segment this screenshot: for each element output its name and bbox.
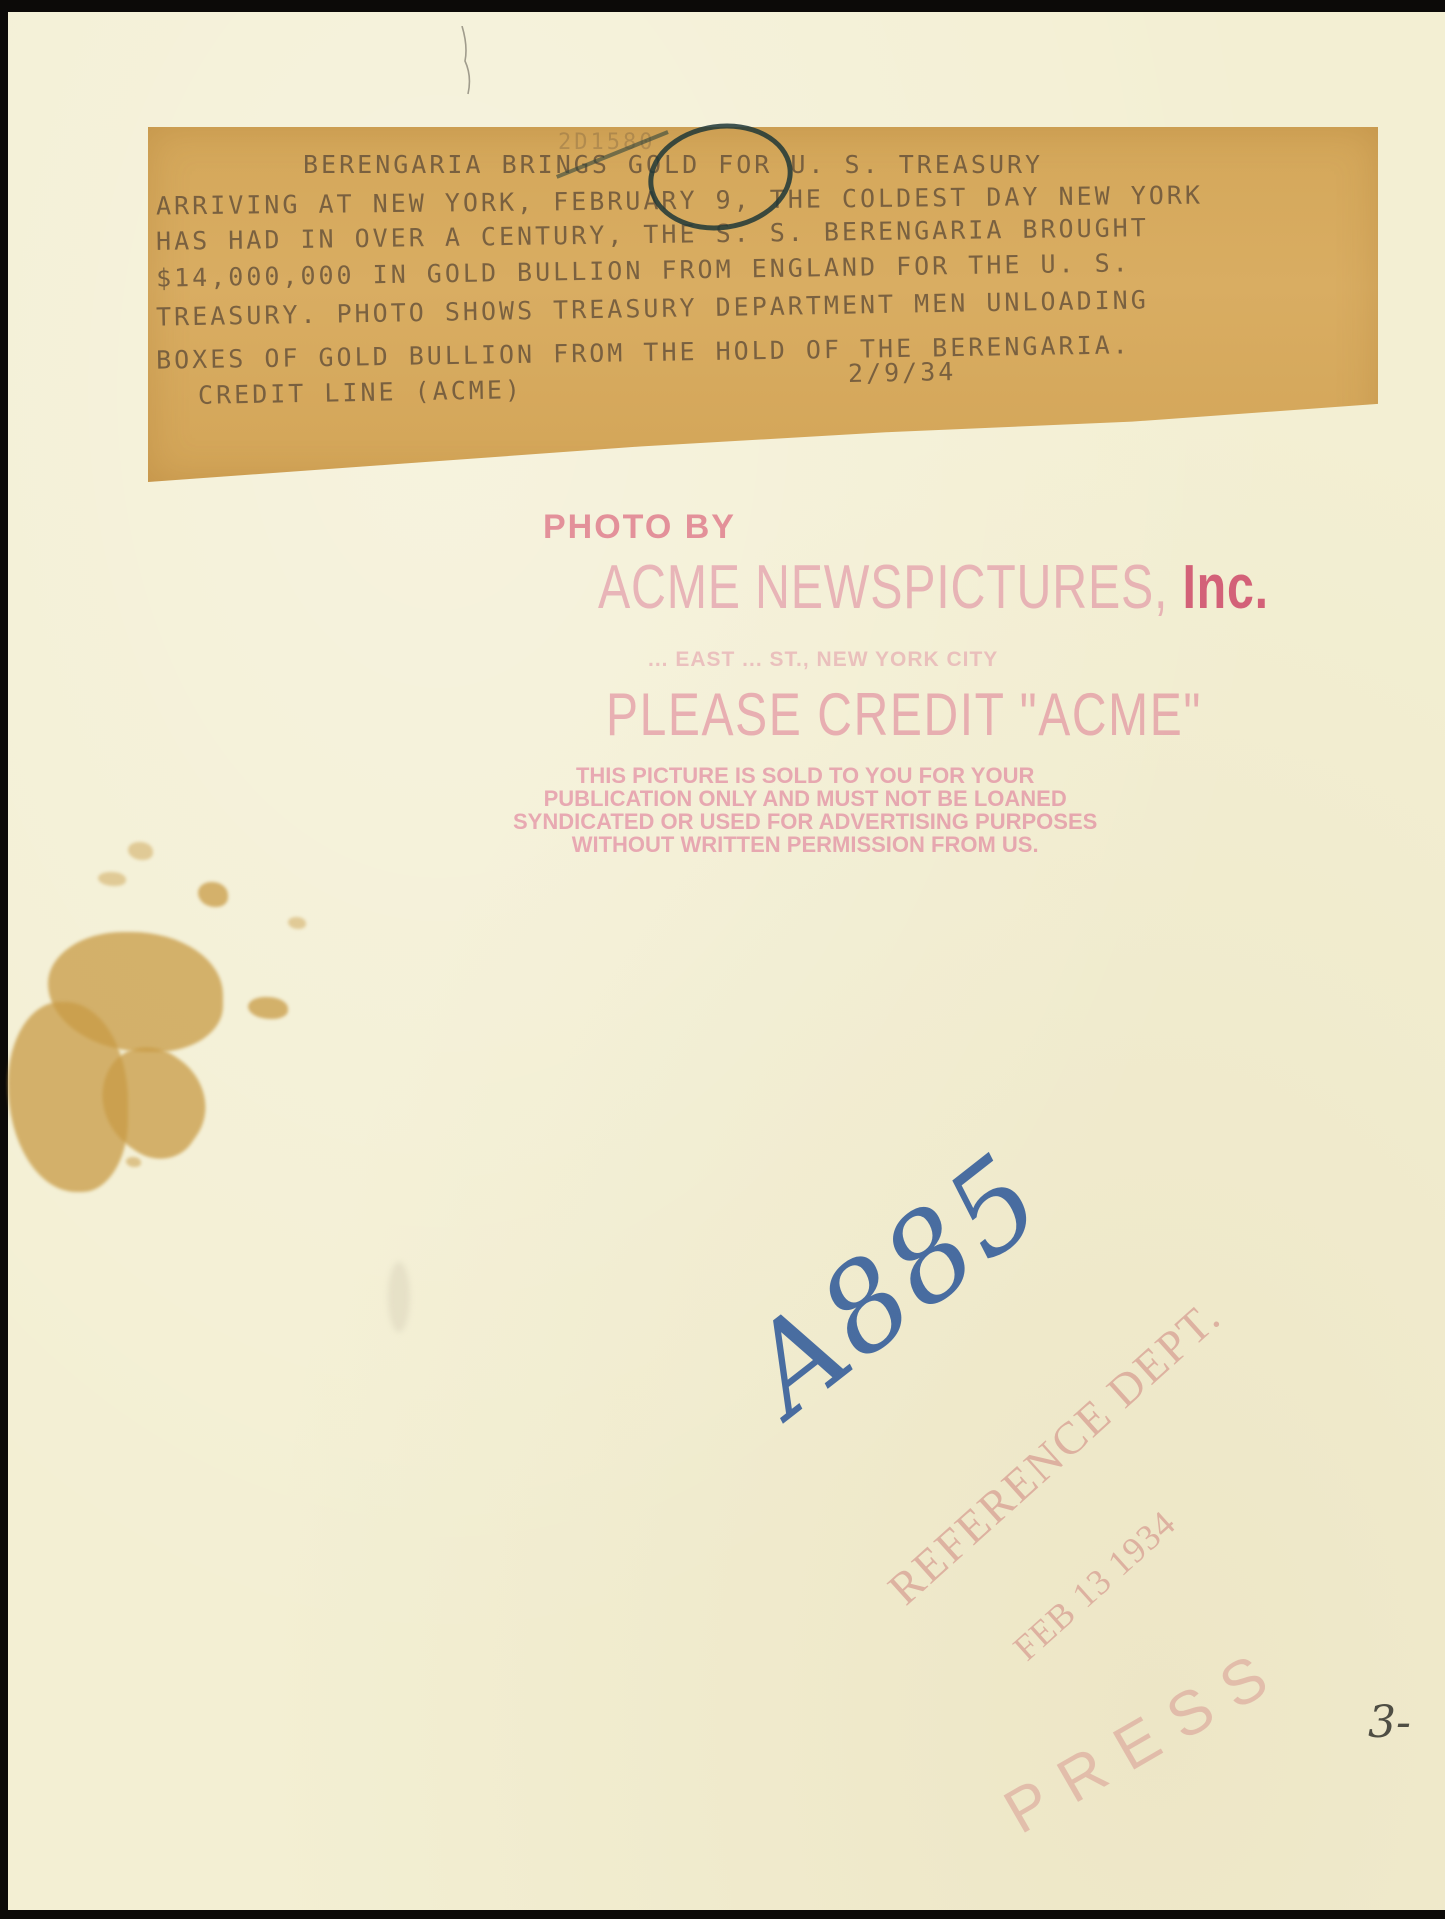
stamp-address: ... EAST ... ST., NEW YORK CITY — [648, 648, 998, 672]
stamp-notice-line: THIS PICTURE IS SOLD TO YOU FOR YOUR — [513, 764, 1097, 787]
stamp-notice-line: PUBLICATION ONLY AND MUST NOT BE LOANED — [513, 787, 1097, 810]
stamp-notice-line: SYNDICATED OR USED FOR ADVERTISING PURPO… — [513, 810, 1097, 833]
pencil-annotation: A885 — [722, 1127, 1069, 1441]
stamp-company: ACME NEWSPICTURES, Inc. — [598, 552, 1269, 623]
caption-line: BOXES OF GOLD BULLION FROM THE HOLD OF T… — [156, 329, 1131, 375]
caption-credit: CREDIT LINE (ACME) — [198, 374, 523, 411]
stamp-photo-by: PHOTO BY — [543, 508, 736, 547]
stamp-notice: THIS PICTURE IS SOLD TO YOU FOR YOUR PUB… — [513, 764, 1097, 856]
stamp-company-name: ACME NEWSPICTURES, — [598, 553, 1168, 622]
photo-back-paper: 2D1580 BERENGARIA BRINGS GOLD FOR U. S. … — [8, 12, 1445, 1910]
smudge — [388, 1262, 410, 1332]
caption-line: TREASURY. PHOTO SHOWS TREASURY DEPARTMEN… — [156, 284, 1149, 332]
stamp-company-suffix: Inc. — [1182, 553, 1268, 622]
reference-date-stamp: FEB 13 1934 — [1005, 1502, 1184, 1669]
paper-crease — [460, 26, 474, 96]
corner-annotation: 3- — [1368, 1697, 1411, 1748]
caption-date: 2/9/34 — [848, 356, 957, 389]
stamp-credit: PLEASE CREDIT "ACME" — [606, 680, 1202, 749]
stamp-notice-line: WITHOUT WRITTEN PERMISSION FROM US. — [513, 833, 1097, 856]
